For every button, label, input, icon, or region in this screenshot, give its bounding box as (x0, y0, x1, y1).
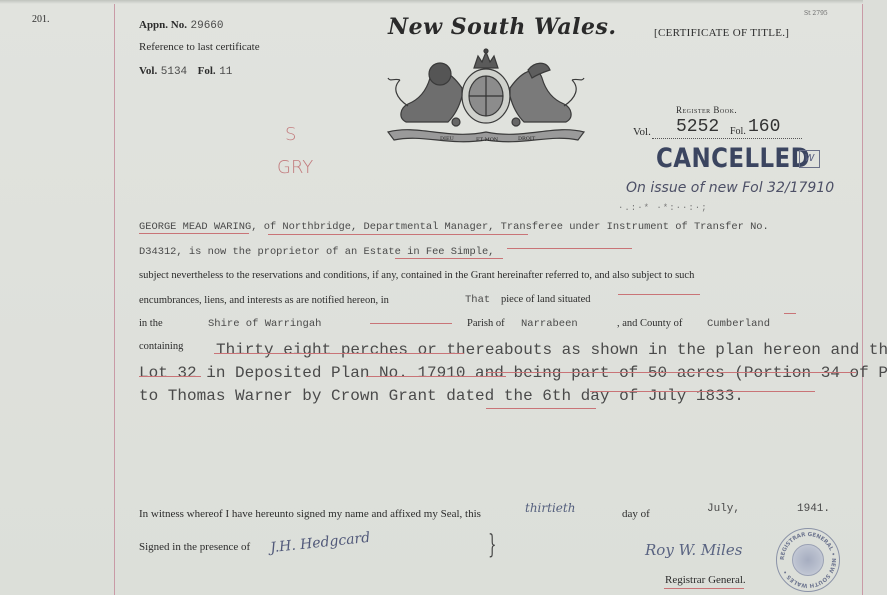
last-vol-value: 5134 (161, 66, 187, 78)
day-of-label: day of (622, 508, 650, 520)
cancellation-note: On issue of new Fol 32/17910 (626, 180, 834, 196)
red-underline (268, 234, 528, 235)
parish-label: Parish of (467, 318, 505, 329)
witness-statement: In witness whereof I have hereunto signe… (139, 508, 481, 520)
svg-text:DIEU: DIEU (440, 136, 454, 142)
cancelled-stamp: CANCELLED (656, 143, 810, 174)
red-underline (507, 248, 632, 249)
piece-of-land-text: piece of land situated (501, 294, 591, 305)
ink-smudge: ·.:·* ·*:··:·; (618, 203, 708, 213)
witness-month: July, (707, 503, 740, 515)
royal-coat-of-arms-icon: DIEU ET MON DROIT (378, 48, 594, 146)
registrar-general-seal-icon: REGISTRAR GENERAL • NEW SOUTH WALES • (776, 528, 840, 592)
red-annotation-gry: GRY (277, 157, 313, 178)
register-fol-label: Fol. (730, 126, 746, 137)
red-underline (139, 376, 201, 377)
witness-year: 1941. (797, 503, 830, 515)
last-fol-label: Fol. (198, 65, 216, 77)
lot-description-line: Lot 32 in Deposited Plan No. 17910 and b… (139, 364, 887, 382)
encumbrances-text: encumbrances, liens, and interests as ar… (139, 295, 389, 306)
in-the-label: in the (139, 318, 163, 329)
red-underline (618, 294, 700, 295)
proprietor-line: GEORGE MEAD WARING, of Northbridge, Depa… (139, 221, 769, 233)
last-vol-label: Vol. (139, 65, 157, 77)
page-edge-strip (863, 0, 887, 595)
sheet-number: 201. (32, 14, 50, 25)
seal-emblem (792, 544, 824, 576)
register-vol-value: 5252 (676, 117, 719, 137)
brace-mark: } (488, 530, 496, 560)
grant-line: to Thomas Warner by Crown Grant dated th… (139, 387, 744, 405)
red-underline (214, 353, 464, 354)
svg-text:DROIT: DROIT (518, 136, 536, 142)
red-strikethrough (590, 391, 815, 392)
red-underline (395, 258, 503, 259)
red-underline (784, 313, 796, 314)
left-margin-rule (114, 4, 115, 595)
encumbrances-line: encumbrances, liens, and interests as ar… (139, 294, 389, 306)
registrar-general-label: Registrar General. (665, 574, 746, 586)
red-underline (139, 233, 249, 234)
reservations-line: subject nevertheless to the reservations… (139, 270, 694, 281)
red-underline (486, 408, 596, 409)
form-number: St 2795 (804, 10, 828, 17)
cancelled-stamp-box: W (799, 150, 820, 168)
document-title: New South Wales. (388, 14, 617, 40)
red-underline (366, 376, 506, 377)
register-dotted-line (652, 138, 802, 139)
last-fol-value: 11 (219, 66, 232, 78)
estate-line: D34312, is now the proprietor of an Esta… (139, 246, 494, 258)
red-annotation-s: S (285, 124, 296, 145)
certificate-of-title-page: 201. Appn. No. 29660 Reference to last c… (0, 0, 887, 595)
registrar-signature: Roy W. Miles (645, 541, 742, 559)
reference-to-last-certificate: Reference to last certificate (139, 41, 260, 53)
witness-signature: J.H. Hedgcard (269, 530, 370, 556)
register-book-label: Register Book. (676, 105, 737, 115)
application-number: Appn. No. 29660 (139, 18, 224, 32)
svg-text:ET MON: ET MON (476, 137, 499, 143)
reference-label: Reference to last certificate (139, 41, 260, 53)
red-underline (486, 372, 856, 373)
register-vol-label: Vol. (633, 126, 651, 138)
county-label: , and County of (617, 318, 682, 329)
containing-label: containing (139, 341, 183, 352)
red-underline (664, 588, 744, 589)
last-certificate-volume-folio: Vol. 5134 Fol. 11 (139, 64, 232, 78)
parish-value: Narrabeen (521, 318, 578, 330)
that-text: That (465, 294, 490, 306)
appn-label: Appn. No. (139, 19, 187, 31)
witness-day-handwritten: thirtieth (525, 501, 575, 515)
signed-in-presence-label: Signed in the presence of (139, 541, 250, 553)
shire-value: Shire of Warringah (208, 318, 321, 330)
red-underline (370, 323, 452, 324)
county-value: Cumberland (707, 318, 770, 330)
register-fol-value: 160 (748, 117, 780, 137)
area-description: Thirty eight perches or thereabouts as s… (216, 341, 887, 359)
certificate-type: [CERTIFICATE OF TITLE.] (654, 27, 789, 39)
appn-value: 29660 (191, 20, 224, 32)
page-top-edge (0, 0, 887, 4)
